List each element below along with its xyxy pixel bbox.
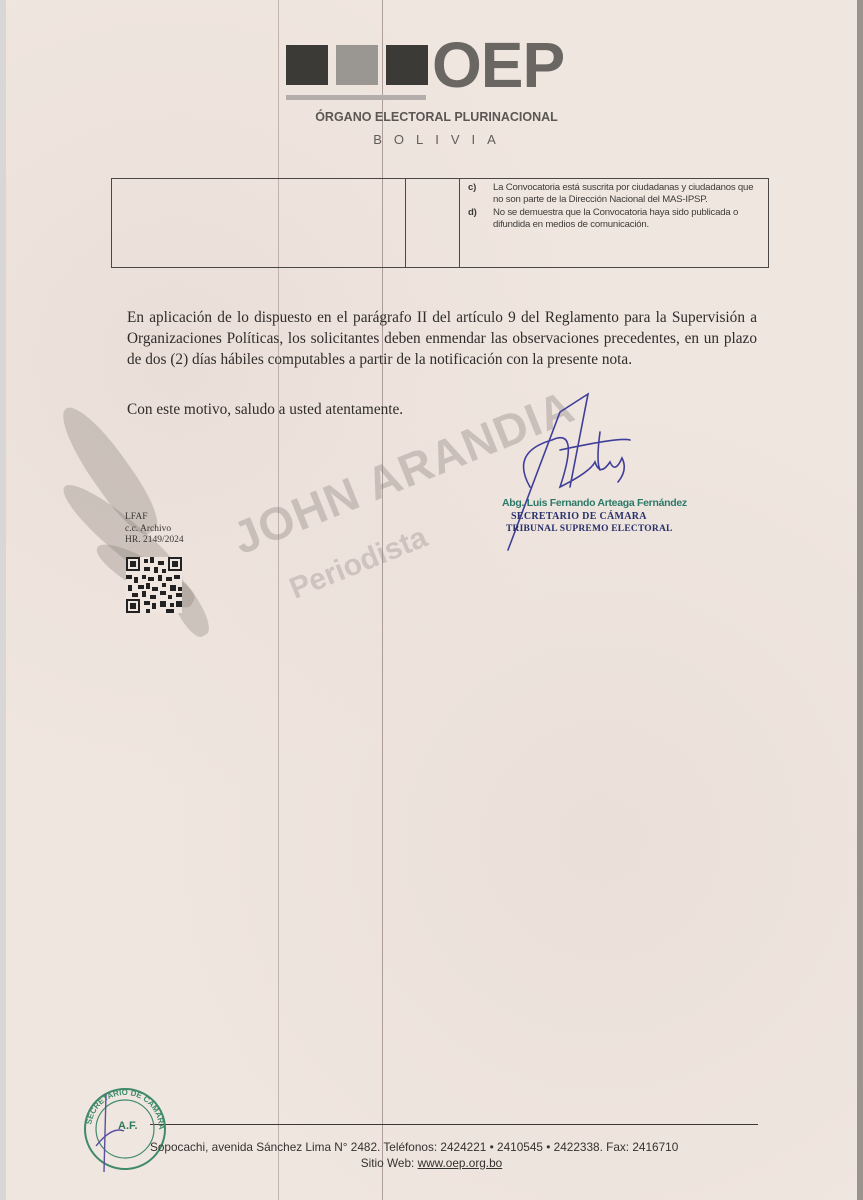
organization-country: BOLIVIA [0, 132, 863, 147]
scan-right-edge [857, 0, 863, 1200]
seal-initials: A.F. [118, 1120, 138, 1132]
table-column-divider [459, 179, 460, 267]
logo-text: OEP [432, 33, 564, 97]
signatory-title: SECRETARIO DE CÁMARA [502, 510, 687, 523]
signatory-name: Abg. Luis Fernando Arteaga Fernández [502, 497, 687, 510]
observation-item: d) No se demuestra que la Convocatoria h… [468, 207, 764, 232]
reference-copy: c.c. Archivo [125, 524, 184, 536]
observation-item: c) La Convocatoria está suscrita por ciu… [468, 182, 764, 207]
observation-text: No se demuestra que la Convocatoria haya… [493, 207, 764, 232]
reference-initials: LFAF [125, 512, 184, 524]
logo-square-dark [286, 45, 328, 85]
logo-square-gray [336, 45, 378, 85]
observation-label: d) [468, 207, 493, 232]
qr-code-icon [126, 557, 182, 613]
footer-address: Sopocachi, avenida Sánchez Lima N° 2482.… [150, 1140, 760, 1154]
observation-label: c) [468, 182, 493, 207]
footer-web-label: Sitio Web: [361, 1156, 418, 1170]
reference-hr-number: HR. 2149/2024 [125, 535, 184, 547]
reference-block: LFAF c.c. Archivo HR. 2149/2024 [125, 512, 184, 547]
observation-text: La Convocatoria está suscrita por ciudad… [493, 182, 764, 207]
table-column-divider [405, 179, 406, 267]
signature-stamp: Abg. Luis Fernando Arteaga Fernández SEC… [502, 497, 687, 536]
logo-bar [286, 95, 426, 100]
signatory-institution: TRIBUNAL SUPREMO ELECTORAL [502, 523, 687, 536]
logo-square-dark [386, 45, 428, 85]
website-link[interactable]: www.oep.org.bo [418, 1156, 503, 1170]
footer-website: Sitio Web: www.oep.org.bo [0, 1156, 863, 1170]
oep-logo: OEP [286, 45, 596, 105]
closing-line: Con este motivo, saludo a usted atentame… [127, 401, 403, 419]
observations-table: c) La Convocatoria está suscrita por ciu… [111, 178, 769, 268]
body-paragraph: En aplicación de lo dispuesto en el pará… [127, 307, 757, 370]
organization-name: ÓRGANO ELECTORAL PLURINACIONAL [0, 110, 863, 124]
footer-divider [150, 1124, 758, 1125]
observations-list: c) La Convocatoria está suscrita por ciu… [468, 182, 764, 232]
